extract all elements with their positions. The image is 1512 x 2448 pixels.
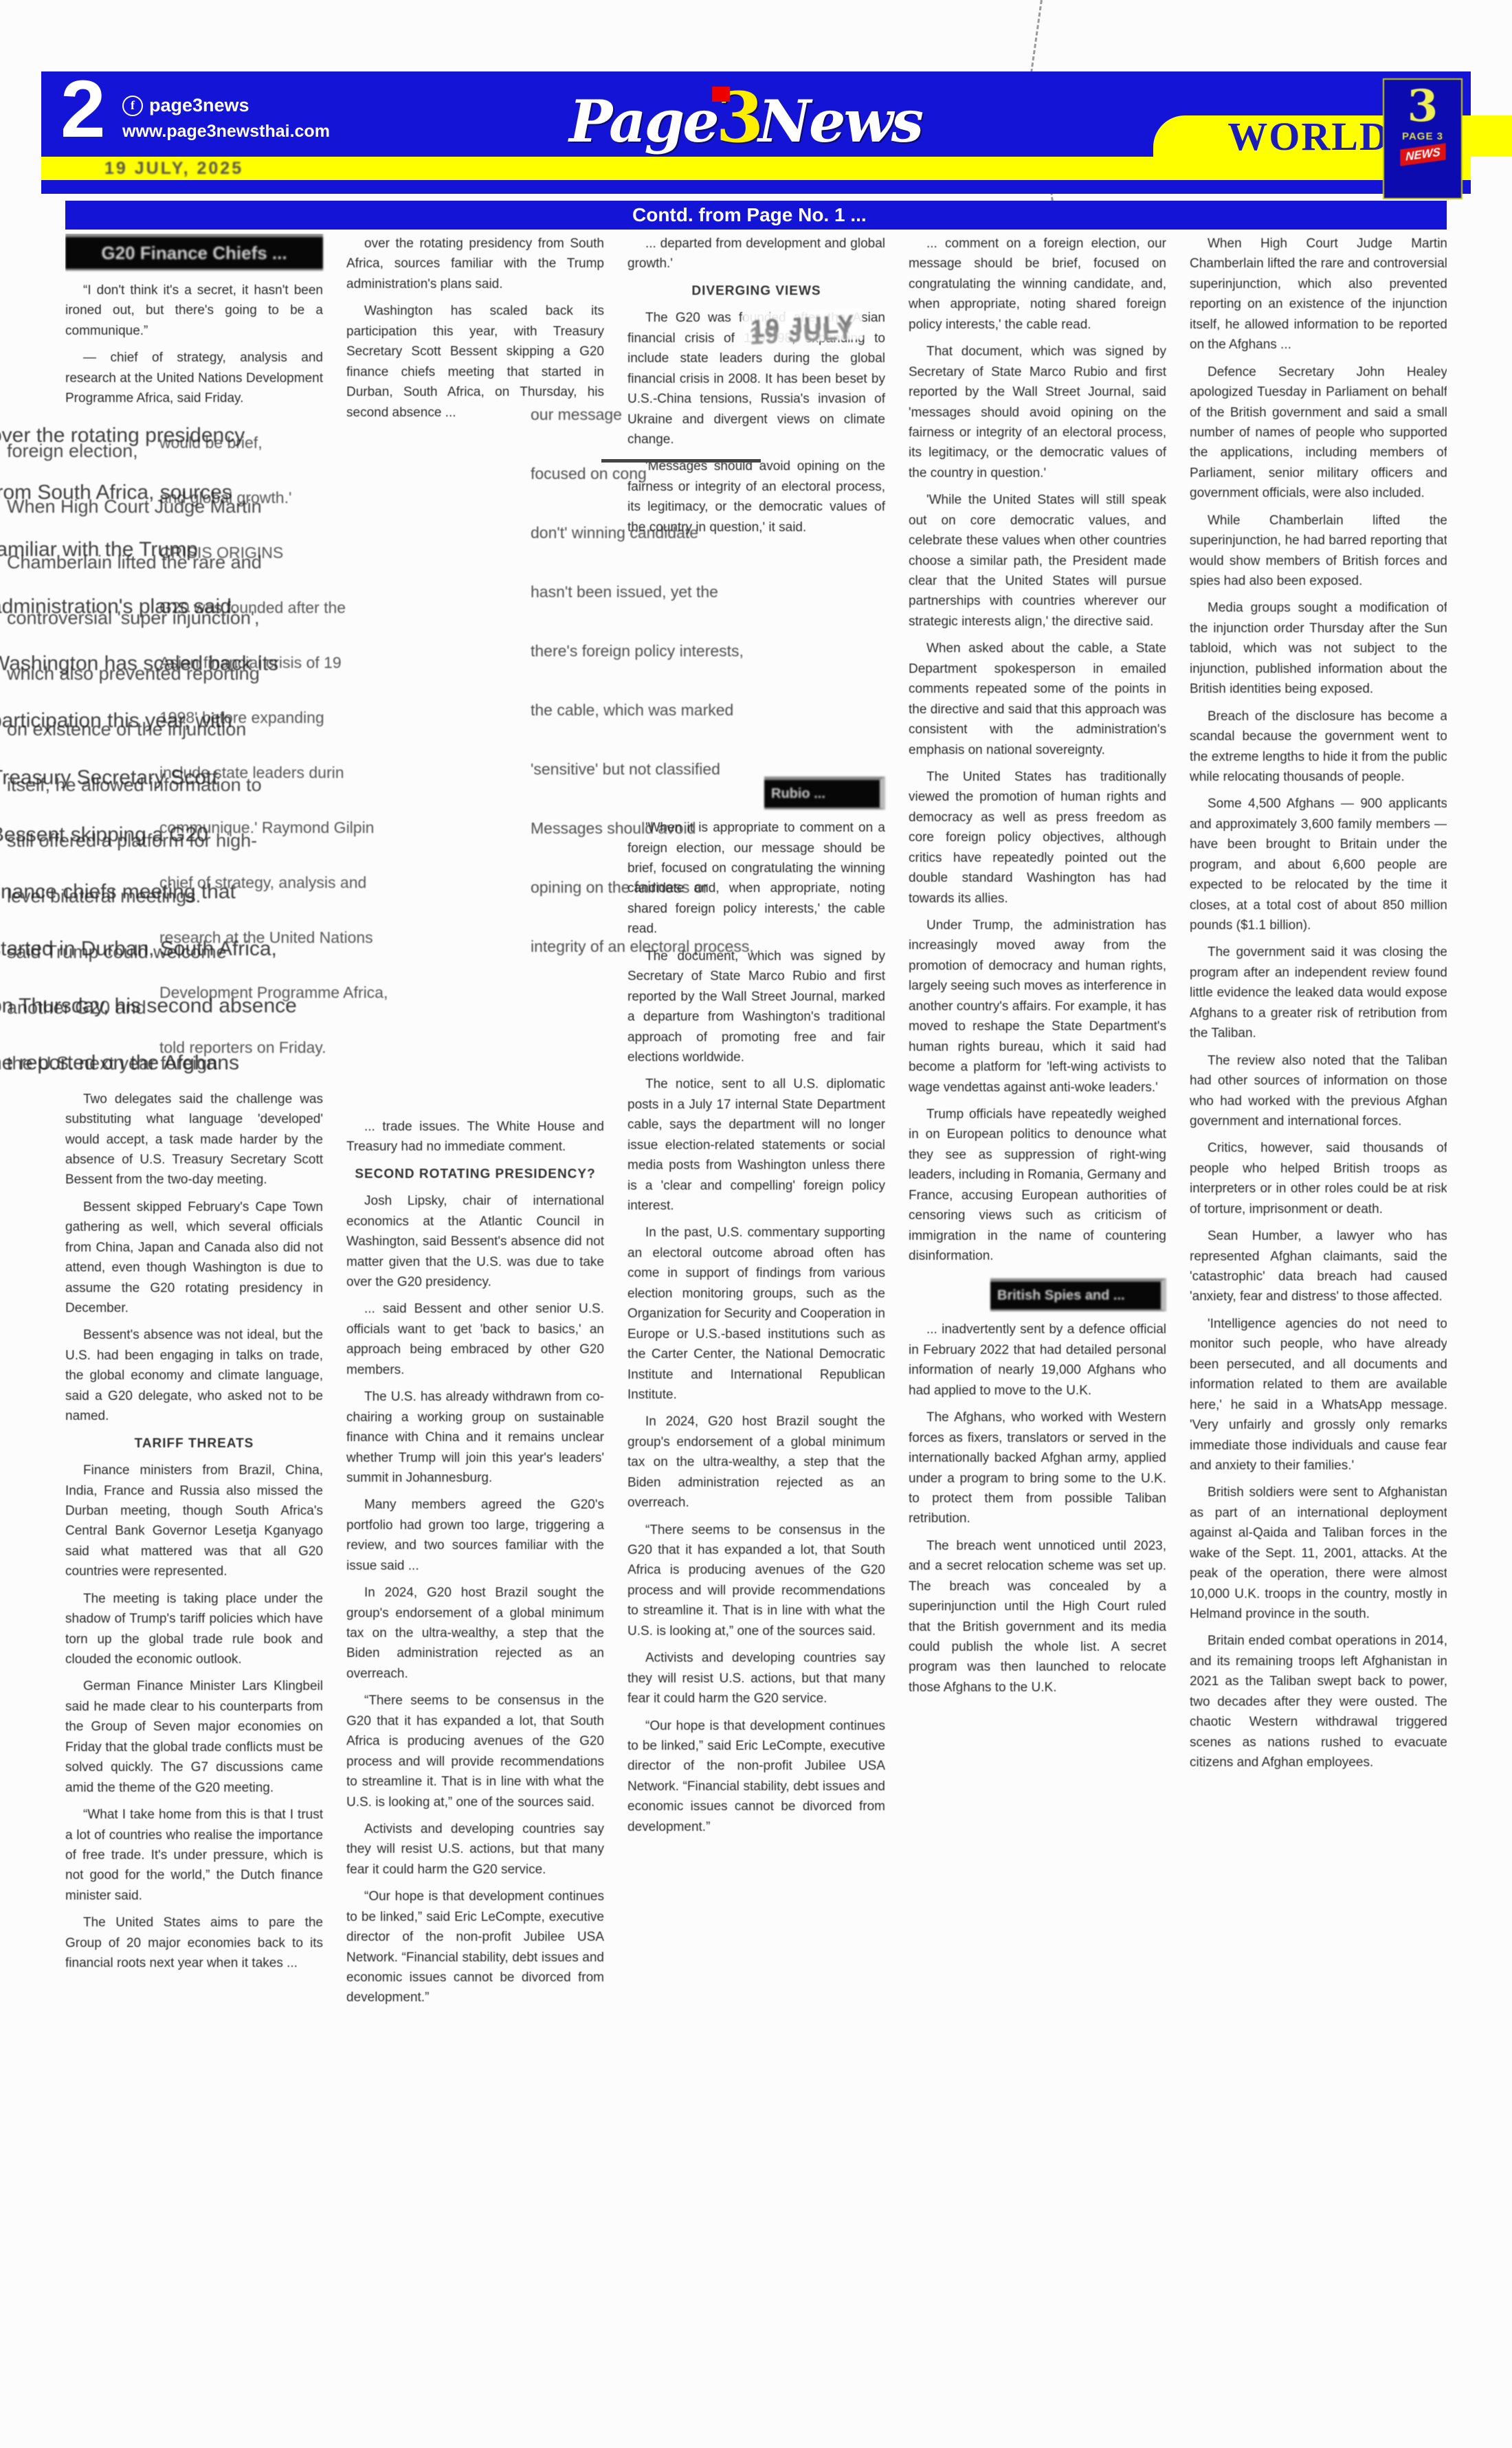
glitch-gap [346, 430, 604, 1117]
article-column-2: over the rotating presidency from South … [346, 234, 604, 2423]
body-paragraph: ... inadvertently sent by a defence offi… [909, 1320, 1166, 1401]
column2-rest: ... trade issues. The White House and Tr… [346, 1117, 604, 2015]
masthead-digit-3: 3 [716, 77, 761, 158]
body-paragraph: Many members agreed the G20's portfolio … [346, 1495, 604, 1576]
facebook-handle: page3news [149, 95, 249, 116]
masthead-banner: 2 f page3news www.page3newsthai.com Page… [41, 71, 1471, 157]
column1-top: “I don't think it's a secret, it hasn't … [65, 280, 323, 416]
article-column-1: G20 Finance Chiefs ... “I don't think it… [65, 234, 323, 2423]
body-paragraph: Finance ministers from Brazil, China, In… [65, 1460, 323, 1582]
body-paragraph: That document, which was signed by Secre… [909, 342, 1166, 483]
divider-strip [41, 180, 1471, 194]
column3-rest: 'When it is appropriate to comment on a … [627, 818, 885, 1844]
body-paragraph: 'While the United States will still spea… [909, 490, 1166, 632]
body-paragraph: 'When it is appropriate to comment on a … [627, 818, 885, 939]
glitch-gap [627, 544, 885, 771]
body-paragraph: The U.S. has already withdrawn from co-c… [346, 1387, 604, 1488]
body-paragraph: Sean Humber, a lawyer who has represente… [1190, 1226, 1447, 1307]
body-paragraph: Some 4,500 Afghans — 900 applicants and … [1190, 794, 1447, 935]
body-paragraph: The United States aims to pare the Group… [65, 1913, 323, 1973]
body-paragraph: The United States has traditionally view… [909, 767, 1166, 909]
body-paragraph: Media groups sought a modification of th… [1190, 598, 1447, 699]
column-rule [601, 459, 761, 463]
body-paragraph: The notice, sent to all U.S. diplomatic … [627, 1074, 885, 1216]
body-paragraph: Bessent skipped February's Cape Town gat… [65, 1197, 323, 1319]
column1-rest: Two delegates said the challenge was sub… [65, 1089, 323, 1981]
masthead-word-news: News [758, 87, 922, 155]
page3news-logo: 3 PAGE 3 NEWS [1383, 78, 1463, 199]
body-paragraph: “I don't think it's a secret, it hasn't … [65, 280, 323, 341]
article-column-5: When High Court Judge Martin Chamberlain… [1190, 234, 1447, 2423]
page-number: 2 [60, 69, 106, 150]
body-paragraph: Breach of the disclosure has become a sc… [1190, 706, 1447, 788]
issue-date: 19 JULY, 2025 [104, 159, 243, 179]
body-paragraph: The review also noted that the Taliban h… [1190, 1051, 1447, 1132]
continued-text: Contd. from Page No. 1 ... [632, 204, 867, 226]
body-paragraph: “There seems to be consensus in the G20 … [346, 1691, 604, 1812]
body-paragraph: German Finance Minister Lars Klingbeil s… [65, 1676, 323, 1798]
logo-page3-label: PAGE 3 [1402, 131, 1443, 142]
body-paragraph: Trump officials have repeatedly weighed … [909, 1104, 1166, 1267]
body-paragraph: over the rotating presidency from South … [346, 234, 604, 294]
column3-top: ... departed from development and global… [627, 234, 885, 544]
body-paragraph: “Our hope is that development continues … [627, 1716, 885, 1838]
body-paragraph: When asked about the cable, a State Depa… [909, 638, 1166, 760]
body-paragraph: 'Intelligence agencies do not need to mo… [1190, 1314, 1447, 1476]
body-paragraph: The document, which was signed by Secret… [627, 946, 885, 1068]
date-strip: 19 JULY, 2025 [41, 157, 1471, 180]
column5-text: When High Court Judge Martin Chamberlain… [1190, 234, 1447, 1780]
body-paragraph: In 2024, G20 host Brazil sought the grou… [346, 1583, 604, 1684]
body-paragraph: Activists and developing countries say t… [346, 1819, 604, 1880]
body-paragraph: “What I take home from this is that I tr… [65, 1805, 323, 1906]
body-paragraph: Two delegates said the challenge was sub… [65, 1089, 323, 1190]
body-paragraph: British soldiers were sent to Afghanista… [1190, 1482, 1447, 1624]
logo-digit-3: 3 [1408, 82, 1438, 131]
body-paragraph: When High Court Judge Martin Chamberlain… [1190, 234, 1447, 355]
column4-top: ... comment on a foreign election, our m… [909, 234, 1166, 1273]
facebook-icon: f [122, 96, 143, 116]
body-paragraph: — chief of strategy, analysis and resear… [65, 348, 323, 408]
body-paragraph: Under Trump, the administration has incr… [909, 915, 1166, 1098]
logo-news-badge: NEWS [1400, 144, 1445, 167]
body-paragraph: Bessent's absence was not ideal, but the… [65, 1325, 323, 1426]
body-paragraph: While Chamberlain lifted the superinjunc… [1190, 511, 1447, 592]
body-paragraph: ... comment on a foreign election, our m… [909, 234, 1166, 335]
body-paragraph: Critics, however, said thousands of peop… [1190, 1138, 1447, 1219]
date-watermark: 19 JULY19 JULY [743, 308, 863, 346]
body-paragraph: DIVERGING VIEWS [627, 281, 885, 301]
story-headline-g20: G20 Finance Chiefs ... [65, 234, 323, 271]
continued-banner: Contd. from Page No. 1 ... [65, 201, 1447, 230]
newspaper-page: 2 f page3news www.page3newsthai.com Page… [0, 0, 1512, 2448]
body-paragraph: The breach went unnoticed until 2023, an… [909, 1536, 1166, 1698]
body-paragraph: Activists and developing countries say t… [627, 1648, 885, 1709]
body-paragraph: “Our hope is that development continues … [346, 1887, 604, 2008]
column2-top: over the rotating presidency from South … [346, 234, 604, 430]
section-label: WORLD [1227, 113, 1390, 159]
body-paragraph: The Afghans, who worked with Western for… [909, 1407, 1166, 1529]
body-paragraph: SECOND ROTATING PRESIDENCY? [346, 1164, 604, 1184]
article-column-3: ... departed from development and global… [627, 234, 885, 2423]
body-paragraph: ... trade issues. The White House and Tr… [346, 1117, 604, 1157]
body-paragraph: In 2024, G20 host Brazil sought the grou… [627, 1412, 885, 1513]
article-column-4: ... comment on a foreign election, our m… [909, 234, 1166, 2423]
website-url: www.page3newsthai.com [122, 122, 330, 142]
masthead-red-flag [712, 87, 730, 102]
body-paragraph: In the past, U.S. commentary supporting … [627, 1223, 885, 1405]
body-paragraph: ... said Bessent and other senior U.S. o… [346, 1299, 604, 1380]
body-paragraph: ... departed from development and global… [627, 234, 885, 274]
body-paragraph: Defence Secretary John Healey apologized… [1190, 362, 1447, 504]
social-block: f page3news www.page3newsthai.com [122, 95, 330, 142]
glitch-gap [65, 416, 323, 1089]
article-body: G20 Finance Chiefs ... “I don't think it… [65, 234, 1447, 2423]
body-paragraph: TARIFF THREATS [65, 1434, 323, 1454]
masthead-title: Page3News [569, 77, 922, 158]
story-headline-rubio: Rubio ... [764, 777, 885, 810]
masthead-word-page: Page [569, 87, 718, 155]
body-paragraph: The meeting is taking place under the sh… [65, 1589, 323, 1670]
story-headline-british-spies: British Spies and ... [990, 1278, 1166, 1311]
body-paragraph: The government said it was closing the p… [1190, 942, 1447, 1043]
body-paragraph: 'Messages should avoid opining on the fa… [627, 456, 885, 537]
body-paragraph: Washington has scaled back its participa… [346, 301, 604, 423]
column4-rest: ... inadvertently sent by a defence offi… [909, 1320, 1166, 1704]
body-paragraph: Britain ended combat operations in 2014,… [1190, 1631, 1447, 1772]
body-paragraph: Josh Lipsky, chair of international econ… [346, 1191, 604, 1292]
body-paragraph: “There seems to be consensus in the G20 … [627, 1520, 885, 1642]
